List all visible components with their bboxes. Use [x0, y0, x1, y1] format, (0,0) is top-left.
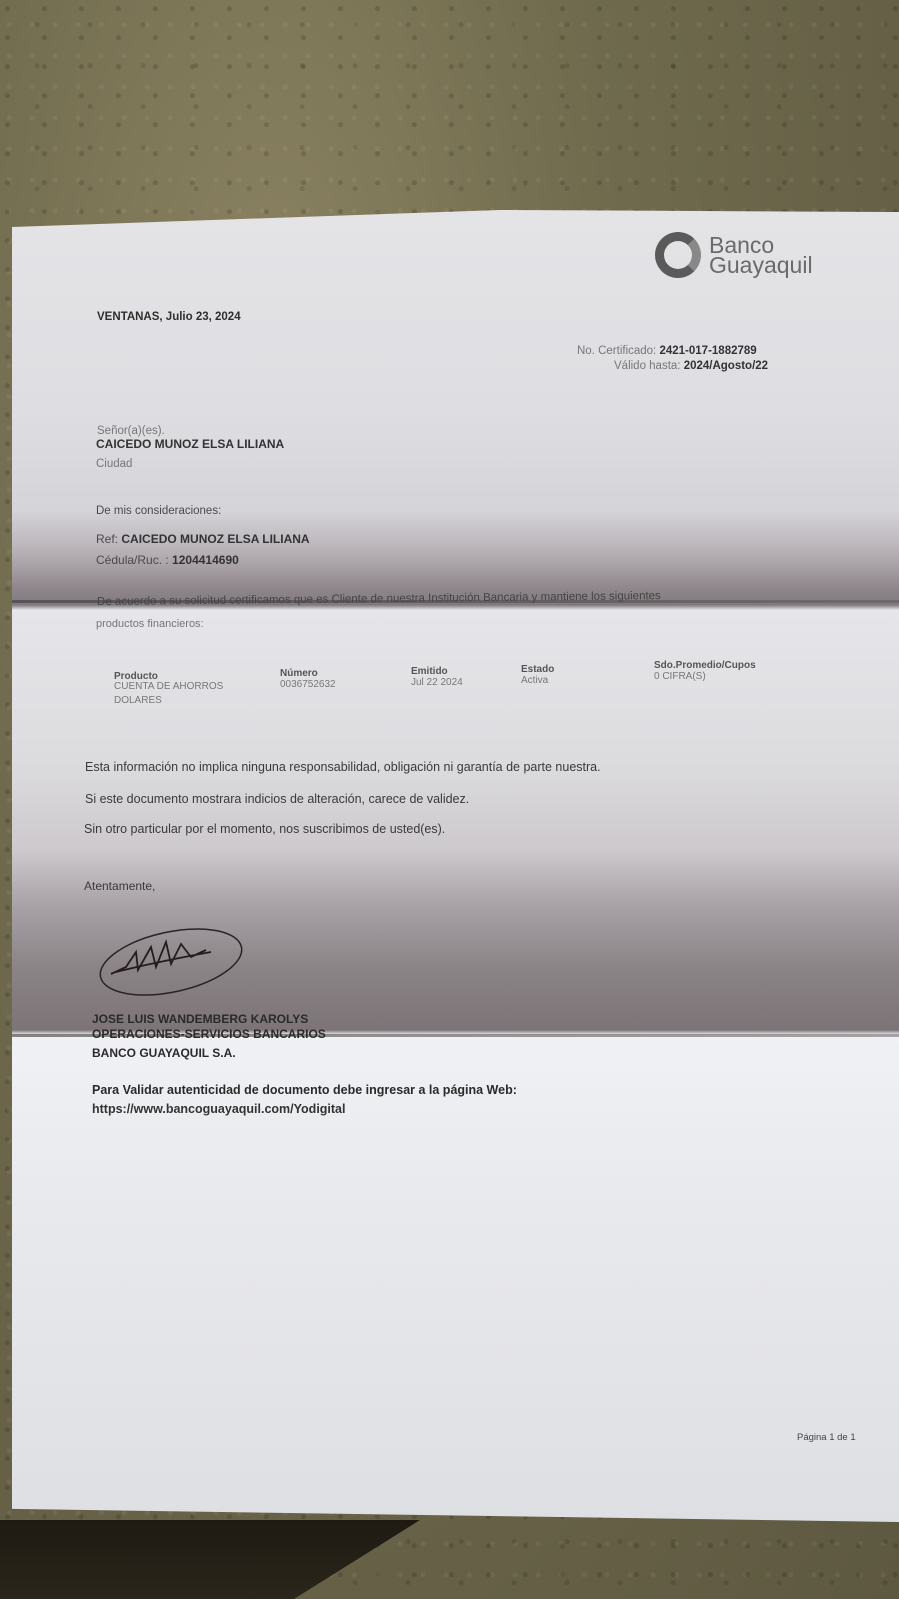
header-numero: Número	[280, 668, 318, 679]
valid-until-line: Válido hasta: 2024/Agosto/22	[614, 360, 768, 372]
signature-image	[96, 922, 246, 1007]
ref-label: Ref:	[96, 532, 118, 546]
bank-logo: Banco Guayaquil	[655, 232, 813, 278]
page-number: Página 1 de 1	[797, 1432, 856, 1443]
cell-saldo: 0 CIFRA(S)	[654, 671, 706, 682]
cell-numero: 0036752632	[280, 679, 336, 690]
header-estado: Estado	[521, 664, 554, 675]
header-emitido: Emitido	[411, 666, 448, 677]
signatory-name: JOSE LUIS WANDEMBERG KAROLYS	[92, 1012, 308, 1026]
cell-emitido: Jul 22 2024	[411, 677, 463, 688]
logo-line2: Guayaquil	[709, 255, 813, 275]
disclaimer-2: Si este documento mostrara indicios de a…	[85, 792, 469, 806]
valid-until: 2024/Agosto/22	[684, 360, 768, 372]
cell-producto-line1: CUENTA DE AHORROS	[114, 681, 223, 692]
validation-link[interactable]: https://www.bancoguayaquil.com/Yodigital	[92, 1102, 346, 1116]
salutation: Señor(a)(es).	[97, 425, 165, 437]
intro-line2: productos financieros:	[96, 618, 204, 630]
id-label: Cédula/Ruc. :	[96, 553, 169, 567]
ref-name: CAICEDO MUNOZ ELSA LILIANA	[121, 532, 309, 546]
closing: Atentamente,	[84, 879, 155, 893]
place-date: VENTANAS, Julio 23, 2024	[97, 311, 241, 323]
disclaimer-1: Esta información no implica ninguna resp…	[85, 760, 601, 774]
recipient-name: CAICEDO MUNOZ ELSA LILIANA	[96, 437, 284, 451]
reference-line: Ref: CAICEDO MUNOZ ELSA LILIANA	[96, 532, 310, 546]
certificate-line: No. Certificado: 2421-017-1882789	[577, 345, 757, 357]
validation-text: Para Validar autenticidad de documento d…	[92, 1083, 517, 1097]
document-paper	[12, 210, 899, 1522]
bank-logo-icon	[655, 232, 701, 278]
recipient-city: Ciudad	[96, 458, 132, 470]
signatory-department: OPERACIONES-SERVICIOS BANCARIOS	[92, 1027, 326, 1041]
cell-producto-line2: DOLARES	[114, 695, 162, 706]
disclaimer-3: Sin otro particular por el momento, nos …	[84, 822, 445, 836]
valid-label: Válido hasta:	[614, 360, 681, 372]
signatory-company: BANCO GUAYAQUIL S.A.	[92, 1046, 236, 1060]
id-line: Cédula/Ruc. : 1204414690	[96, 553, 239, 567]
certificate-number: 2421-017-1882789	[659, 345, 756, 357]
header-saldo: Sdo.Promedio/Cupos	[654, 660, 756, 671]
greeting: De mis consideraciones:	[96, 505, 221, 517]
certificate-label: No. Certificado:	[577, 345, 656, 357]
id-number: 1204414690	[172, 553, 239, 567]
cell-estado: Activa	[521, 675, 548, 686]
